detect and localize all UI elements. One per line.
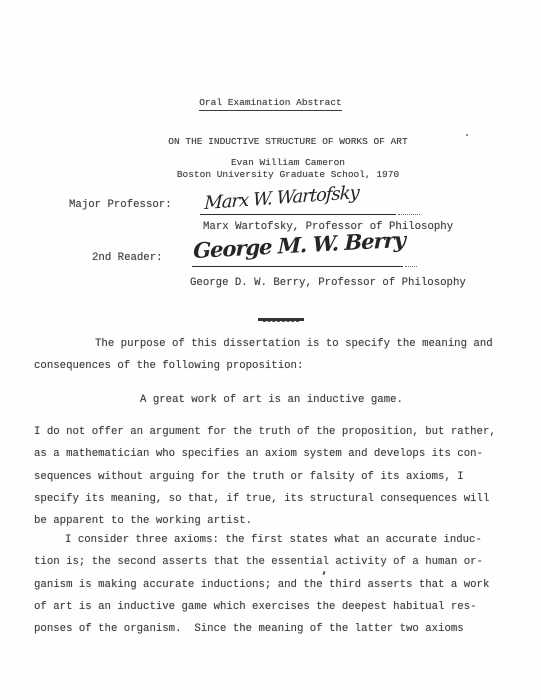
document-title-row: Oral Examination Abstract: [0, 92, 541, 111]
text-line: sequences without arguing for the truth …: [34, 466, 509, 488]
text-line: I consider three axioms: the first state…: [34, 529, 509, 551]
text-line: consequences of the following propositio…: [34, 355, 509, 377]
paragraph-argument: I do not offer an argument for the truth…: [34, 421, 509, 532]
second-reader-signature-line: [192, 266, 403, 267]
paragraph-axioms: I consider three axioms: the first state…: [34, 529, 509, 640]
text-line: ganism is making accurate inductions; an…: [34, 574, 509, 596]
paragraph-purpose: The purpose of this dissertation is to s…: [34, 333, 509, 378]
text-line: The purpose of this dissertation is to s…: [34, 333, 509, 355]
text-line: I do not offer an argument for the truth…: [34, 421, 509, 443]
section-divider-dashes: [263, 321, 299, 322]
scanned-document-page: Oral Examination Abstract ON THE INDUCTI…: [0, 0, 541, 700]
signature-line-dotted-tail: [405, 266, 417, 267]
text-line: as a mathematician who specifies an axio…: [34, 443, 509, 465]
text-line: specify its meaning, so that, if true, i…: [34, 488, 509, 510]
institution-line: Boston University Graduate School, 1970: [35, 169, 541, 181]
signature-line-dotted-tail: [398, 214, 420, 215]
thesis-title: ON THE INDUCTIVE STRUCTURE OF WORKS OF A…: [35, 136, 541, 148]
author-name: Evan William Cameron: [35, 157, 541, 169]
text-line: ponses of the organism. Since the meanin…: [34, 618, 509, 640]
text-line: tion is; the second asserts that the ess…: [34, 551, 509, 573]
document-title: Oral Examination Abstract: [199, 97, 342, 111]
major-professor-signature-line: [200, 214, 396, 215]
proposition-line: A great work of art is an inductive game…: [140, 389, 403, 411]
text-line: of art is an inductive game which exerci…: [34, 596, 509, 618]
second-reader-printed-name: George D. W. Berry, Professor of Philoso…: [190, 276, 466, 290]
major-professor-label: Major Professor:: [69, 198, 172, 212]
major-professor-signature: Marx W. Wartofsky: [204, 182, 359, 214]
second-reader-label: 2nd Reader:: [92, 251, 163, 265]
scan-artifact-dot: [466, 134, 468, 136]
